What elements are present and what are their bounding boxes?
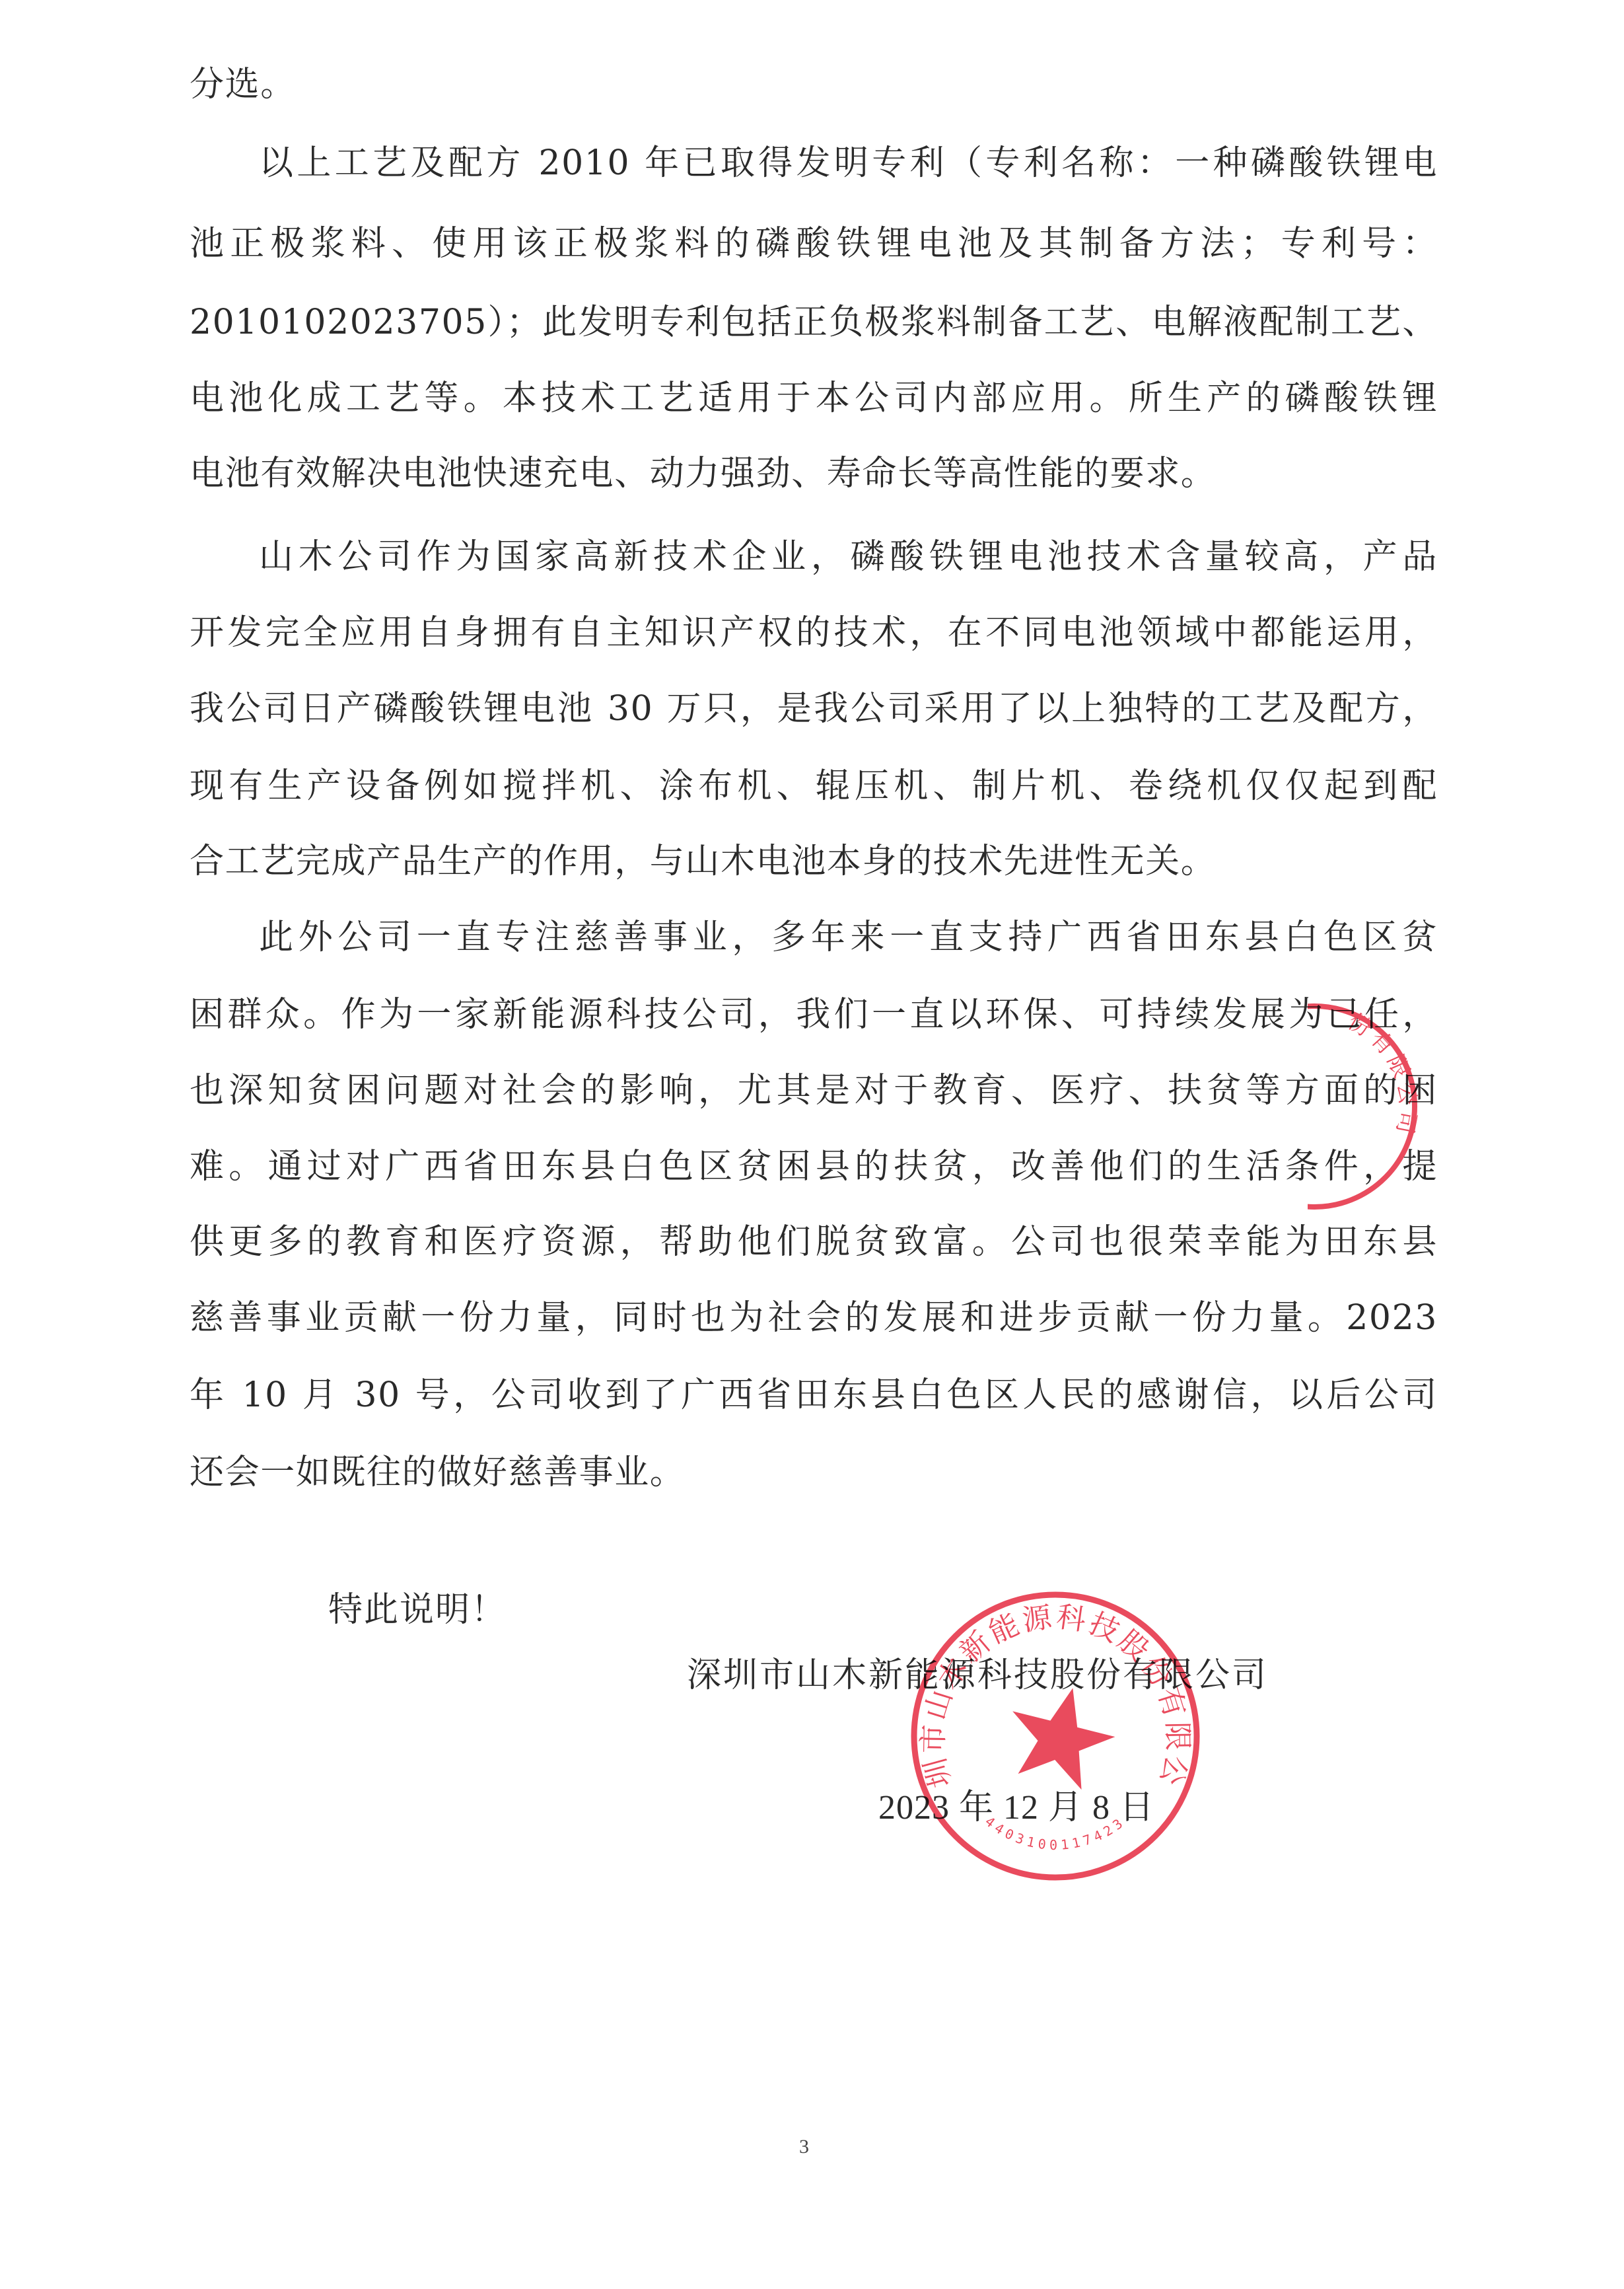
seal-code-text: 4403100117423 — [982, 1813, 1129, 1853]
body-line: 我公司日产磷酸铁锂电池 30 万只，是我公司采用了以上独特的工艺及配方， — [190, 689, 1438, 729]
document-page: 分选。以上工艺及配方 2010 年已取得发明专利（专利名称：一种磷酸铁锂电池正极… — [0, 0, 1624, 2289]
company-seal-icon: 深圳市山木新能源科技股份有限公司 4403100117423 — [907, 1587, 1204, 1885]
body-line: 池正极浆料、使用该正极浆料的磷酸铁锂电池及其制备方法；专利号： — [190, 224, 1438, 264]
body-line: 电池有效解决电池快速充电、动力强劲、寿命长等高性能的要求。 — [190, 454, 1438, 493]
seam-seal-text: 份有限公司 — [1343, 1008, 1421, 1140]
body-line: 供更多的教育和医疗资源，帮助他们脱贫致富。公司也很荣幸能为田东县 — [190, 1222, 1438, 1262]
page-number: 3 — [799, 2134, 809, 2160]
body-line: 此外公司一直专注慈善事业，多年来一直支持广西省田东县白色区贫 — [259, 918, 1438, 957]
svg-text:4403100117423: 4403100117423 — [982, 1813, 1129, 1853]
body-line: 合工艺完成产品生产的作用，与山木电池本身的技术先进性无关。 — [190, 842, 1438, 881]
body-line: 还会一如既往的做好慈善事业。 — [190, 1453, 1438, 1492]
body-line: 现有生产设备例如搅拌机、涂布机、辊压机、制片机、卷绕机仅仅起到配 — [190, 766, 1438, 806]
body-line: 慈善事业贡献一份力量，同时也为社会的发展和进步贡献一份力量。2023 — [190, 1298, 1438, 1338]
body-line: 年 10 月 30 号，公司收到了广西省田东县白色区人民的感谢信，以后公司 — [190, 1375, 1438, 1415]
body-line: 开发完全应用自身拥有自主知识产权的技术，在不同电池领域中都能运用， — [190, 613, 1438, 653]
seam-seal-icon: 份有限公司 — [1215, 994, 1440, 1219]
body-line: 电池化成工艺等。本技术工艺适用于本公司内部应用。所生产的磷酸铁锂 — [190, 379, 1438, 418]
svg-text:份有限公司: 份有限公司 — [1343, 1008, 1421, 1140]
body-line: 以上工艺及配方 2010 年已取得发明专利（专利名称：一种磷酸铁锂电 — [259, 143, 1438, 183]
body-line: 2010102023705）；此发明专利包括正负极浆料制备工艺、电解液配制工艺、 — [190, 303, 1438, 342]
body-line: 山木公司作为国家高新技术企业，磷酸铁锂电池技术含量较高，产品 — [259, 537, 1438, 577]
body-line: 分选。 — [190, 65, 1438, 104]
closing-remark: 特此说明！ — [328, 1590, 507, 1630]
